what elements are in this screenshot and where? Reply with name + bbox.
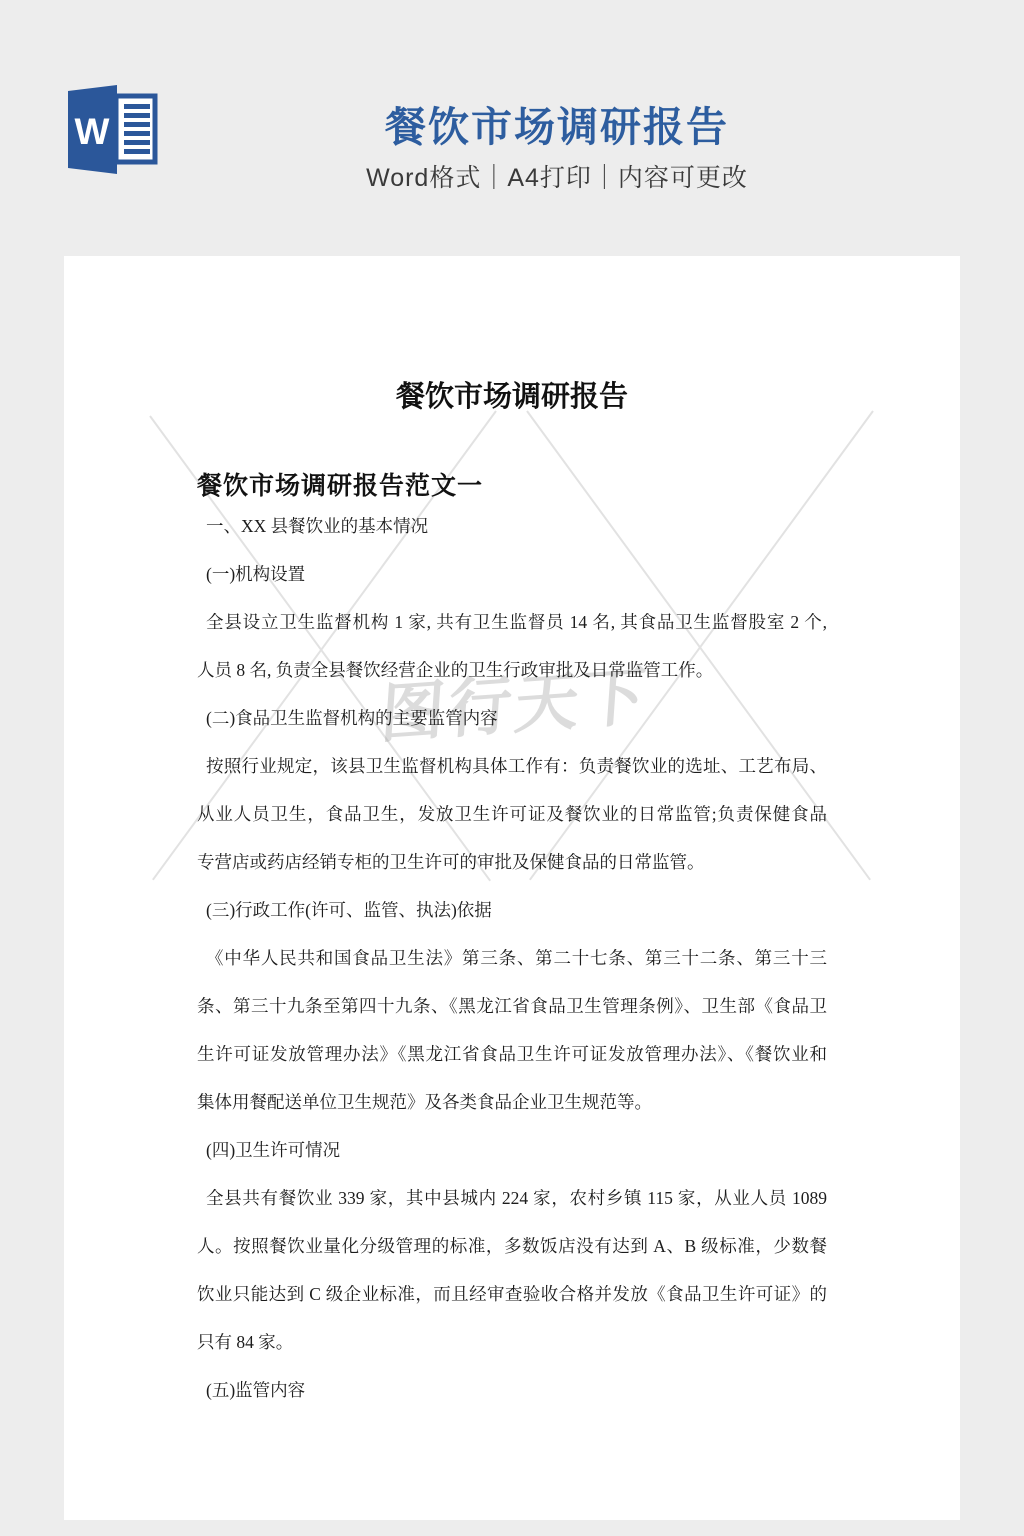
doc-line: 全县共有餐饮业 339 家，其中县城内 224 家，农村乡镇 115 家，从业人…: [197, 1174, 827, 1222]
doc-body: 一、XX 县餐饮业的基本情况(一)机构设置全县设立卫生监督机构 1 家, 共有卫…: [197, 502, 827, 1414]
doc-line: 从业人员卫生，食品卫生，发放卫生许可证及餐饮业的日常监管;负责保健食品: [197, 790, 827, 838]
section-heading: 餐饮市场调研报告范文一: [197, 466, 483, 502]
doc-line: 只有 84 家。: [197, 1318, 827, 1366]
document-page: 图行天下 餐饮市场调研报告 餐饮市场调研报告范文一 一、XX 县餐饮业的基本情况…: [64, 256, 960, 1520]
template-subtitle: Word格式｜A4打印｜内容可更改: [257, 158, 857, 194]
doc-line: 条、第三十九条至第四十九条、《黑龙江省食品卫生管理条例》、卫生部《食品卫: [197, 982, 827, 1030]
doc-line: 生许可证发放管理办法》《黑龙江省食品卫生许可证发放管理办法》、《餐饮业和: [197, 1030, 827, 1078]
doc-line: 集体用餐配送单位卫生规范》及各类食品企业卫生规范等。: [197, 1078, 827, 1126]
doc-line: 人。按照餐饮业量化分级管理的标准，多数饭店没有达到 A、B 级标准，少数餐: [197, 1222, 827, 1270]
word-icon: W: [64, 84, 161, 175]
svg-text:W: W: [75, 111, 110, 152]
doc-line: 按照行业规定，该县卫生监督机构具体工作有：负责餐饮业的选址、工艺布局、: [197, 742, 827, 790]
page: { "header": { "icon": "word-icon", "titl…: [0, 0, 1024, 1536]
doc-line: 饮业只能达到 C 级企业标准，而且经审查验收合格并发放《食品卫生许可证》的: [197, 1270, 827, 1318]
doc-line: (五)监管内容: [197, 1366, 827, 1414]
doc-line: (三)行政工作(许可、监管、执法)依据: [197, 886, 827, 934]
doc-line: 人员 8 名, 负责全县餐饮经营企业的卫生行政审批及日常监管工作。: [197, 646, 827, 694]
doc-line: 《中华人民共和国食品卫生法》第三条、第二十七条、第三十二条、第三十三: [197, 934, 827, 982]
doc-line: (一)机构设置: [197, 550, 827, 598]
template-title: 餐饮市场调研报告: [257, 94, 857, 153]
doc-line: 专营店或药店经销专柜的卫生许可的审批及保健食品的日常监管。: [197, 838, 827, 886]
document-title: 餐饮市场调研报告: [64, 374, 960, 415]
doc-line: (四)卫生许可情况: [197, 1126, 827, 1174]
doc-line: 一、XX 县餐饮业的基本情况: [197, 502, 827, 550]
template-header: W 餐饮市场调研报告 Word格式｜A4打印｜内容可更改: [0, 0, 1024, 256]
doc-line: (二)食品卫生监督机构的主要监管内容: [197, 694, 827, 742]
doc-line: 全县设立卫生监督机构 1 家, 共有卫生监督员 14 名, 其食品卫生监督股室 …: [197, 598, 827, 646]
